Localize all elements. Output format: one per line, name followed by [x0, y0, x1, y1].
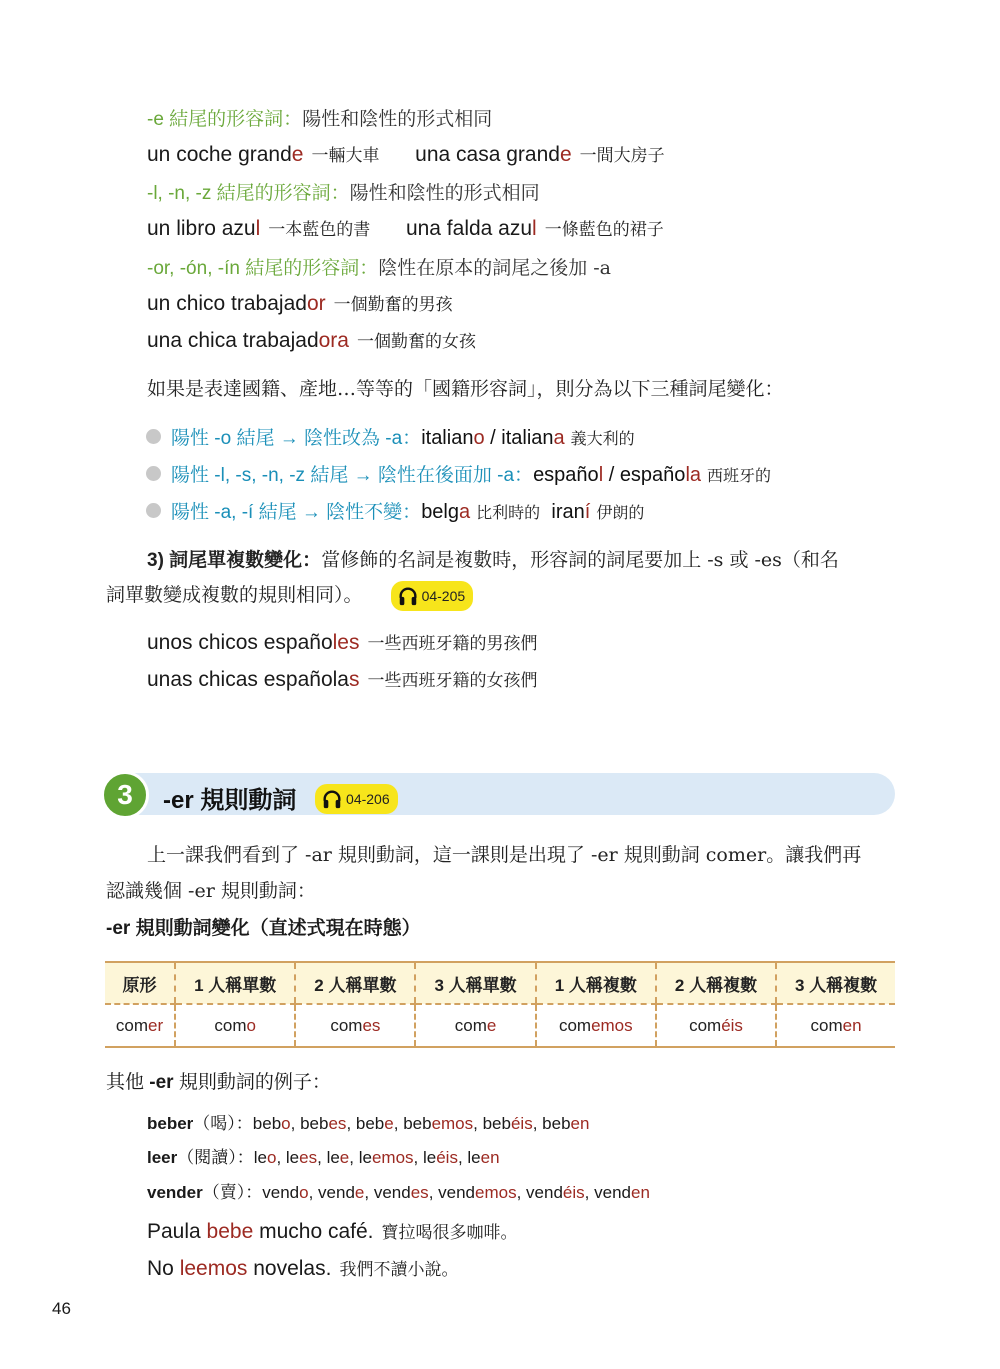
form-ending: es [299, 1148, 317, 1167]
example-sentence: Paula bebe mucho café.寶拉喝很多咖啡。 [147, 1218, 518, 1244]
example-stem: unas chicas española [147, 668, 349, 691]
bullet-rule: 陽性 -a, -í 結尾 → 陰性不變： [171, 502, 421, 523]
example-ending: l [256, 217, 261, 240]
fem-ending: la [685, 464, 701, 486]
fem-stem: españo [620, 464, 686, 486]
verb-stem: com [559, 1016, 591, 1035]
plural-paragraph-line1: 3) 詞尾單複數變化：當修飾的名詞是複數時，形容詞的詞尾要加上 -s 或 -es… [147, 545, 839, 572]
rule-desc: 陰性在原本的詞尾之後加 -a [378, 257, 611, 279]
masc-ending: í [585, 501, 591, 523]
table-cell: comer [105, 1004, 175, 1047]
verb-stem: com [811, 1016, 843, 1035]
verb-infinitive: beber [147, 1114, 193, 1133]
form-ending: emos [372, 1148, 414, 1167]
example-stem: una casa grand [415, 143, 560, 166]
example-ending: l [532, 217, 537, 240]
separator: / [603, 464, 620, 486]
verb-ending: emos [591, 1016, 633, 1035]
example-translation: 一個勤奮的女孩 [357, 332, 476, 352]
example-ending: or [307, 292, 326, 315]
verb-ending: er [148, 1016, 163, 1035]
headphones-icon [397, 585, 419, 607]
fem-ending: a [554, 427, 565, 449]
form-stem: beb [483, 1114, 511, 1133]
sentence-verb: bebe [207, 1220, 254, 1243]
form-ending: o [281, 1114, 290, 1133]
form-ending: es [411, 1183, 429, 1202]
form-ending: es [328, 1114, 346, 1133]
bullet-icon [146, 503, 161, 518]
example-ending: e [560, 143, 572, 166]
form-ending: e [340, 1148, 349, 1167]
example-ending: s [349, 668, 360, 691]
example-stem: un chico trabajad [147, 292, 307, 315]
title-part: 其他 [106, 1072, 149, 1093]
bullet-item: 陽性 -a, -í 結尾 → 陰性不變：belga比利時的 iraní伊朗的 [146, 497, 644, 524]
form-ending: o [267, 1148, 276, 1167]
sentence-part: mucho café. [253, 1220, 373, 1243]
verb-ending: es [362, 1016, 380, 1035]
headphones-icon [321, 788, 343, 810]
example-line: un coche grande一輛大車 una casa grande一間大房子 [147, 141, 665, 167]
table-header: 1 人稱複數 [536, 962, 656, 1004]
verb-meaning: （賣）： [203, 1183, 263, 1202]
rule-heading: -l, -n, -z 結尾的形容詞： [147, 183, 350, 204]
example-stem: una chica trabajad [147, 329, 319, 352]
form-ending: emos [432, 1114, 474, 1133]
verb-ending: éis [721, 1016, 743, 1035]
masc-stem: italian [421, 427, 473, 449]
table-header: 2 人稱單數 [295, 962, 415, 1004]
table-cell: coméis [656, 1004, 776, 1047]
example-translation: 一些西班牙籍的男孩們 [368, 634, 538, 654]
form-ending: en [571, 1114, 590, 1133]
plural-text: 當修飾的名詞是複數時，形容詞的詞尾要加上 -s 或 -es（和名 [321, 549, 839, 571]
form-stem: beb [542, 1114, 570, 1133]
rule-desc: 陽性和陰性的形式相同 [302, 108, 492, 130]
verb-stem: com [330, 1016, 362, 1035]
table-cell: comemos [536, 1004, 656, 1047]
form-stem: vend [594, 1183, 631, 1202]
nationality-intro: 如果是表達國籍、產地…等等的「國籍形容詞」，則分為以下三種詞尾變化： [147, 374, 784, 401]
bullet-item: 陽性 -l, -s, -n, -z 結尾 → 陰性在後面加 -a：español… [146, 460, 771, 487]
sentence-translation: 寶拉喝很多咖啡。 [382, 1223, 518, 1243]
table-row: comer como comes come comemos coméis com… [105, 1004, 895, 1047]
verb-meaning: （喝）： [193, 1114, 253, 1133]
plural-text: 詞單數變成複數的規則相同）。 [106, 584, 363, 606]
example-line: unos chicos españoles一些西班牙籍的男孩們 [147, 629, 538, 655]
rule-heading: -e 結尾的形容詞： [147, 109, 302, 130]
sentence-part: novelas. [247, 1257, 331, 1280]
bullet-rule: 陽性 -o 結尾 → 陰性改為 -a： [171, 428, 421, 449]
example-line: unas chicas españolas一些西班牙籍的女孩們 [147, 666, 537, 692]
plural-heading: 3) 詞尾單複數變化： [147, 550, 321, 571]
table-header: 3 人稱單數 [415, 962, 535, 1004]
section-intro-line1: 上一課我們看到了 -ar 規則動詞，這一課則是出現了 -er 規則動詞 come… [147, 840, 861, 867]
audio-code: 04-206 [346, 791, 390, 807]
rule-or: -or, -ón, -ín 結尾的形容詞：陰性在原本的詞尾之後加 -a [147, 253, 611, 280]
example-translation: 一本藍色的書 [268, 220, 370, 240]
masc-ending: o [473, 427, 484, 449]
form-stem: beb [403, 1114, 431, 1133]
table-header: 1 人稱單數 [175, 962, 295, 1004]
form-ending: éis [511, 1114, 533, 1133]
form-ending: e [355, 1183, 364, 1202]
example-translation: 一些西班牙籍的女孩們 [367, 671, 537, 691]
verb-example: vender（賣）：vendo, vende, vendes, vendemos… [147, 1178, 650, 1203]
section-number: 3 [101, 771, 149, 819]
sentence-part: No [147, 1257, 180, 1280]
table-cell: comen [776, 1004, 895, 1047]
masc-ending: a [459, 501, 470, 523]
form-stem: le [327, 1148, 340, 1167]
audio-badge[interactable]: 04-205 [391, 581, 474, 611]
table-header: 2 人稱複數 [656, 962, 776, 1004]
bullet-translation: 義大利的 [571, 429, 635, 448]
bullet-translation: 比利時的 [476, 503, 540, 522]
table-title: -er 規則動詞變化（直述式現在時態） [106, 913, 421, 940]
bullet-item: 陽性 -o 結尾 → 陰性改為 -a：italiano / italiana義大… [146, 423, 635, 450]
form-stem: vend [374, 1183, 411, 1202]
verb-stem: com [214, 1016, 246, 1035]
example-line: un libro azul一本藍色的書 una falda azul一條藍色的裙… [147, 215, 664, 241]
bullet-translation: 伊朗的 [596, 503, 644, 522]
sentence-part: Paula [147, 1220, 207, 1243]
verb-infinitive: leer [147, 1148, 177, 1167]
rule-e: -e 結尾的形容詞：陽性和陰性的形式相同 [147, 104, 492, 131]
form-stem: vend [438, 1183, 475, 1202]
form-ending: éis [563, 1183, 585, 1202]
audio-code: 04-205 [422, 588, 466, 604]
conjugation-table: 原形 1 人稱單數 2 人稱單數 3 人稱單數 1 人稱複數 2 人稱複數 3 … [105, 961, 895, 1048]
table-header: 原形 [105, 962, 175, 1004]
section-intro-line2: 認識幾個 -er 規則動詞： [106, 876, 316, 903]
rule-heading: -or, -ón, -ín 結尾的形容詞： [147, 258, 378, 279]
masc-stem: iran [551, 501, 584, 523]
plural-paragraph-line2: 詞單數變成複數的規則相同）。 04-205 [106, 580, 473, 611]
verb-infinitive: vender [147, 1183, 203, 1202]
form-stem: le [359, 1148, 372, 1167]
example-stem: un coche grand [147, 143, 292, 166]
rule-lnz: -l, -n, -z 結尾的形容詞：陽性和陰性的形式相同 [147, 178, 540, 205]
section-title-text: -er 規則動詞 [163, 787, 296, 814]
example-ending: e [292, 143, 304, 166]
form-stem: beb [253, 1114, 281, 1133]
form-stem: le [467, 1148, 480, 1167]
masc-stem: belg [421, 501, 459, 523]
form-ending: e [384, 1114, 393, 1133]
other-verbs-title: 其他 -er 規則動詞的例子： [106, 1067, 331, 1094]
fem-stem: italian [501, 427, 553, 449]
form-ending: o [299, 1183, 308, 1202]
sentence-verb: leemos [180, 1257, 248, 1280]
form-stem: le [254, 1148, 267, 1167]
form-ending: en [481, 1148, 500, 1167]
bullet-rule: 陽性 -l, -s, -n, -z 結尾 → 陰性在後面加 -a： [171, 465, 533, 486]
rule-desc: 陽性和陰性的形式相同 [350, 182, 540, 204]
form-ending: éis [436, 1148, 458, 1167]
example-ending: les [333, 631, 360, 654]
table-header: 3 人稱複數 [776, 962, 895, 1004]
bullet-icon [146, 466, 161, 481]
verb-stem: com [689, 1016, 721, 1035]
form-ending: en [631, 1183, 650, 1202]
title-part: 規則動詞的例子： [174, 1072, 331, 1093]
bullet-translation: 西班牙的 [707, 466, 771, 485]
example-translation: 一輛大車 [311, 146, 379, 166]
form-stem: vend [262, 1183, 299, 1202]
example-stem: una falda azu [406, 217, 532, 240]
form-stem: vend [526, 1183, 563, 1202]
sentence-translation: 我們不讀小說。 [339, 1260, 458, 1280]
example-line: una chica trabajadora一個勤奮的女孩 [147, 327, 476, 353]
verb-ending: o [247, 1016, 256, 1035]
example-sentence: No leemos novelas.我們不讀小說。 [147, 1255, 458, 1281]
example-ending: ora [319, 329, 349, 352]
example-stem: unos chicos españo [147, 631, 333, 654]
form-stem: beb [356, 1114, 384, 1133]
verb-stem: com [455, 1016, 487, 1035]
example-line: un chico trabajador一個勤奮的男孩 [147, 290, 453, 316]
form-ending: emos [475, 1183, 517, 1202]
verb-ending: e [487, 1016, 496, 1035]
example-translation: 一條藍色的裙子 [545, 220, 664, 240]
form-stem: le [423, 1148, 436, 1167]
form-stem: beb [300, 1114, 328, 1133]
masc-stem: españo [533, 464, 599, 486]
table-cell: como [175, 1004, 295, 1047]
verb-stem: com [116, 1016, 148, 1035]
form-stem: le [286, 1148, 299, 1167]
section-title: -er 規則動詞 04-206 [163, 780, 398, 817]
separator: / [485, 427, 502, 449]
table-header-row: 原形 1 人稱單數 2 人稱單數 3 人稱單數 1 人稱複數 2 人稱複數 3 … [105, 962, 895, 1004]
page-number: 46 [52, 1299, 71, 1319]
example-stem: un libro azu [147, 217, 256, 240]
form-stem: vend [318, 1183, 355, 1202]
verb-meaning: （閱讀）： [177, 1148, 254, 1167]
table-cell: comes [295, 1004, 415, 1047]
audio-badge[interactable]: 04-206 [315, 784, 398, 814]
verb-example: leer（閱讀）：leo, lees, lee, leemos, leéis, … [147, 1143, 500, 1168]
table-cell: come [415, 1004, 535, 1047]
example-translation: 一個勤奮的男孩 [334, 295, 453, 315]
title-part: -er [149, 1072, 173, 1093]
verb-ending: en [843, 1016, 862, 1035]
example-translation: 一間大房子 [580, 146, 665, 166]
verb-example: beber（喝）：bebo, bebes, bebe, bebemos, beb… [147, 1109, 589, 1134]
bullet-icon [146, 429, 161, 444]
